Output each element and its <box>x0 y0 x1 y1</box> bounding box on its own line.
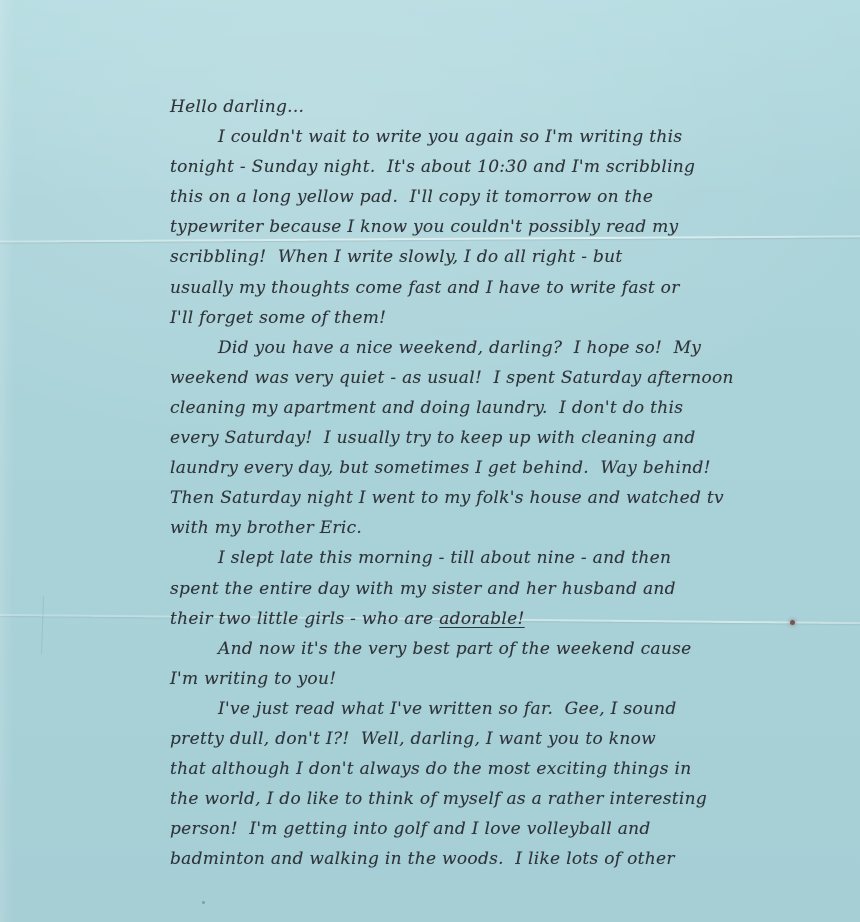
letter-line: every Saturday! I usually try to keep up… <box>170 423 750 453</box>
letter-line: tonight - Sunday night. It's about 10:30… <box>170 152 750 182</box>
letter-line: cleaning my apartment and doing laundry.… <box>170 393 750 423</box>
letter-line: weekend was very quiet - as usual! I spe… <box>170 363 750 393</box>
letter-line: person! I'm getting into golf and I love… <box>170 814 750 844</box>
letter-line: I'll forget some of them! <box>170 303 750 333</box>
underlined-word: adorable! <box>439 609 524 629</box>
letter-line: with my brother Eric. <box>170 513 750 543</box>
letter-line: typewriter because I know you couldn't p… <box>170 212 750 242</box>
letter-line: Did you have a nice weekend, darling? I … <box>170 333 750 363</box>
letter-line: that although I don't always do the most… <box>170 754 750 784</box>
letter-line: I couldn't wait to write you again so I'… <box>170 122 750 152</box>
paper-scratch <box>41 596 44 654</box>
letter-body: Hello darling...I couldn't wait to write… <box>170 92 750 874</box>
letter-line: Hello darling... <box>170 92 750 122</box>
letter-paper: Hello darling...I couldn't wait to write… <box>0 0 860 922</box>
letter-line: scribbling! When I write slowly, I do al… <box>170 242 750 272</box>
letter-line: usually my thoughts come fast and I have… <box>170 273 750 303</box>
letter-line: Then Saturday night I went to my folk's … <box>170 483 750 513</box>
letter-line: the world, I do like to think of myself … <box>170 784 750 814</box>
letter-line: laundry every day, but sometimes I get b… <box>170 453 750 483</box>
letter-line: pretty dull, don't I?! Well, darling, I … <box>170 724 750 754</box>
letter-line: this on a long yellow pad. I'll copy it … <box>170 182 750 212</box>
paper-speck-bottom <box>202 901 205 904</box>
paper-speck-red <box>790 620 795 625</box>
letter-line: their two little girls - who are adorabl… <box>170 604 750 634</box>
letter-line: I'm writing to you! <box>170 664 750 694</box>
letter-line: And now it's the very best part of the w… <box>170 634 750 664</box>
letter-line: badminton and walking in the woods. I li… <box>170 844 750 874</box>
letter-line: I slept late this morning - till about n… <box>170 543 750 573</box>
letter-line: I've just read what I've written so far.… <box>170 694 750 724</box>
letter-line: spent the entire day with my sister and … <box>170 574 750 604</box>
